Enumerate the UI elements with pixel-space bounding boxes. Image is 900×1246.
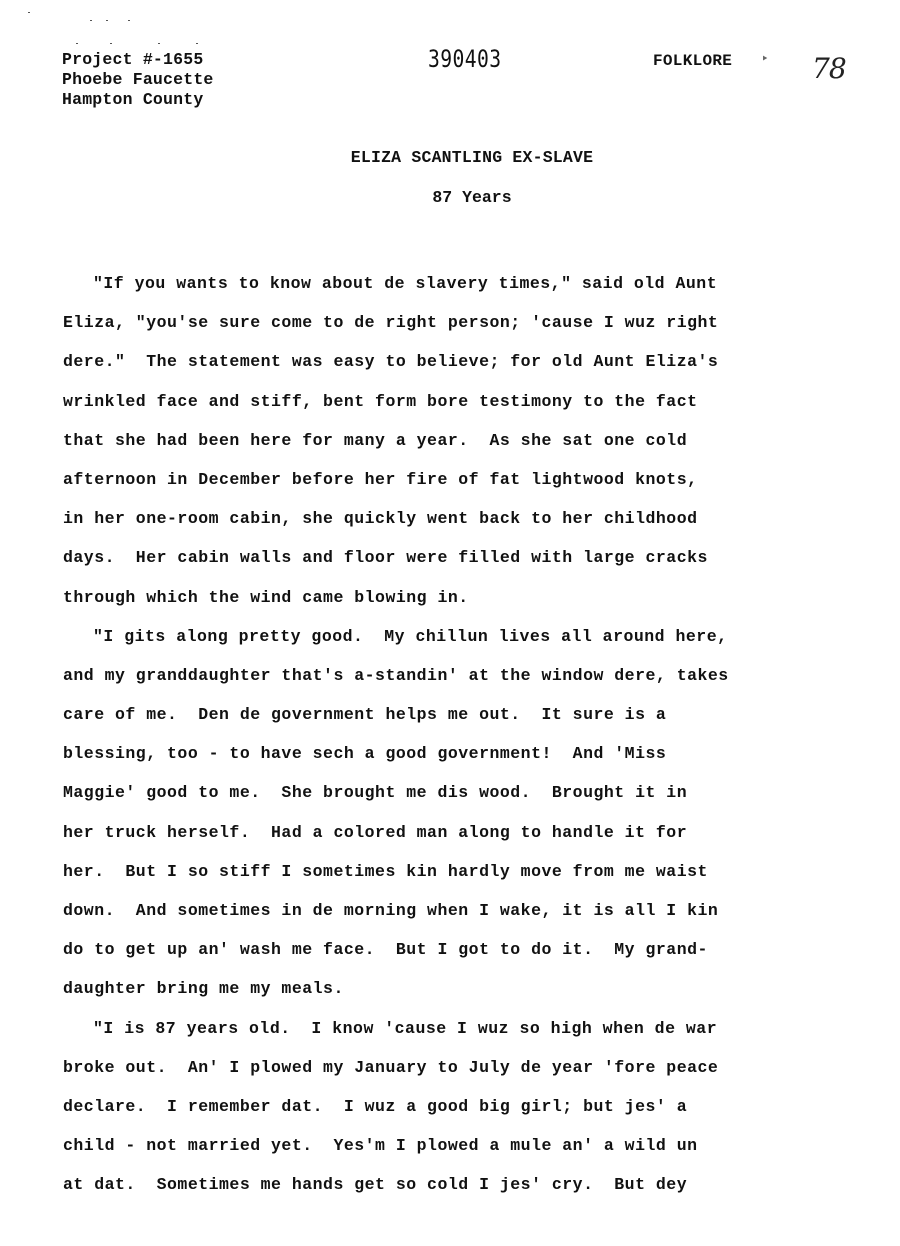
speck — [110, 43, 112, 44]
text-line: through which the wind came blowing in. — [63, 578, 863, 617]
text-line: and my granddaughter that's a-standin' a… — [63, 656, 863, 695]
speck — [90, 20, 92, 21]
text-line: her truck herself. Had a colored man alo… — [63, 813, 863, 852]
speck — [158, 43, 160, 44]
document-title: ELIZA SCANTLING EX-SLAVE — [0, 148, 900, 167]
text-line: "I is 87 years old. I know 'cause I wuz … — [63, 1009, 863, 1048]
text-line: her. But I so stiff I sometimes kin hard… — [63, 852, 863, 891]
text-line: daughter bring me my meals. — [63, 969, 863, 1008]
text-line: that she had been here for many a year. … — [63, 421, 863, 460]
text-line: days. Her cabin walls and floor were fil… — [63, 538, 863, 577]
text-line: do to get up an' wash me face. But I got… — [63, 930, 863, 969]
text-line: wrinkled face and stiff, bent form bore … — [63, 382, 863, 421]
author-name: Phoebe Faucette — [62, 70, 214, 90]
scan-specks — [28, 12, 218, 48]
text-line: Eliza, "you'se sure come to de right per… — [63, 303, 863, 342]
county-name: Hampton County — [62, 90, 214, 110]
speck — [196, 43, 198, 44]
document-page: Project #-1655 Phoebe Faucette Hampton C… — [0, 0, 900, 1246]
speck — [76, 43, 78, 44]
speck — [128, 20, 130, 21]
document-subtitle: 87 Years — [0, 188, 900, 207]
text-line: dere." The statement was easy to believe… — [63, 342, 863, 381]
text-line: afternoon in December before her fire of… — [63, 460, 863, 499]
text-line: declare. I remember dat. I wuz a good bi… — [63, 1087, 863, 1126]
project-number: Project #-1655 — [62, 50, 214, 70]
page-number: 78 — [812, 52, 846, 85]
text-line: Maggie' good to me. She brought me dis w… — [63, 773, 863, 812]
speck — [28, 12, 30, 13]
category-label: FOLKLORE — [653, 52, 732, 70]
text-line: child - not married yet. Yes'm I plowed … — [63, 1126, 863, 1165]
text-line: at dat. Sometimes me hands get so cold I… — [63, 1165, 863, 1204]
category-mark-icon: ‣ — [761, 52, 769, 67]
text-line: "I gits along pretty good. My chillun li… — [63, 617, 863, 656]
text-line: "If you wants to know about de slavery t… — [63, 264, 863, 303]
text-line: broke out. An' I plowed my January to Ju… — [63, 1048, 863, 1087]
text-line: down. And sometimes in de morning when I… — [63, 891, 863, 930]
body-text: "If you wants to know about de slavery t… — [63, 264, 863, 1205]
text-line: care of me. Den de government helps me o… — [63, 695, 863, 734]
stamp-number: 390403 — [428, 45, 502, 73]
text-line: in her one-room cabin, she quickly went … — [63, 499, 863, 538]
speck — [106, 20, 108, 21]
text-line: blessing, too - to have sech a good gove… — [63, 734, 863, 773]
header-info: Project #-1655 Phoebe Faucette Hampton C… — [62, 50, 214, 110]
